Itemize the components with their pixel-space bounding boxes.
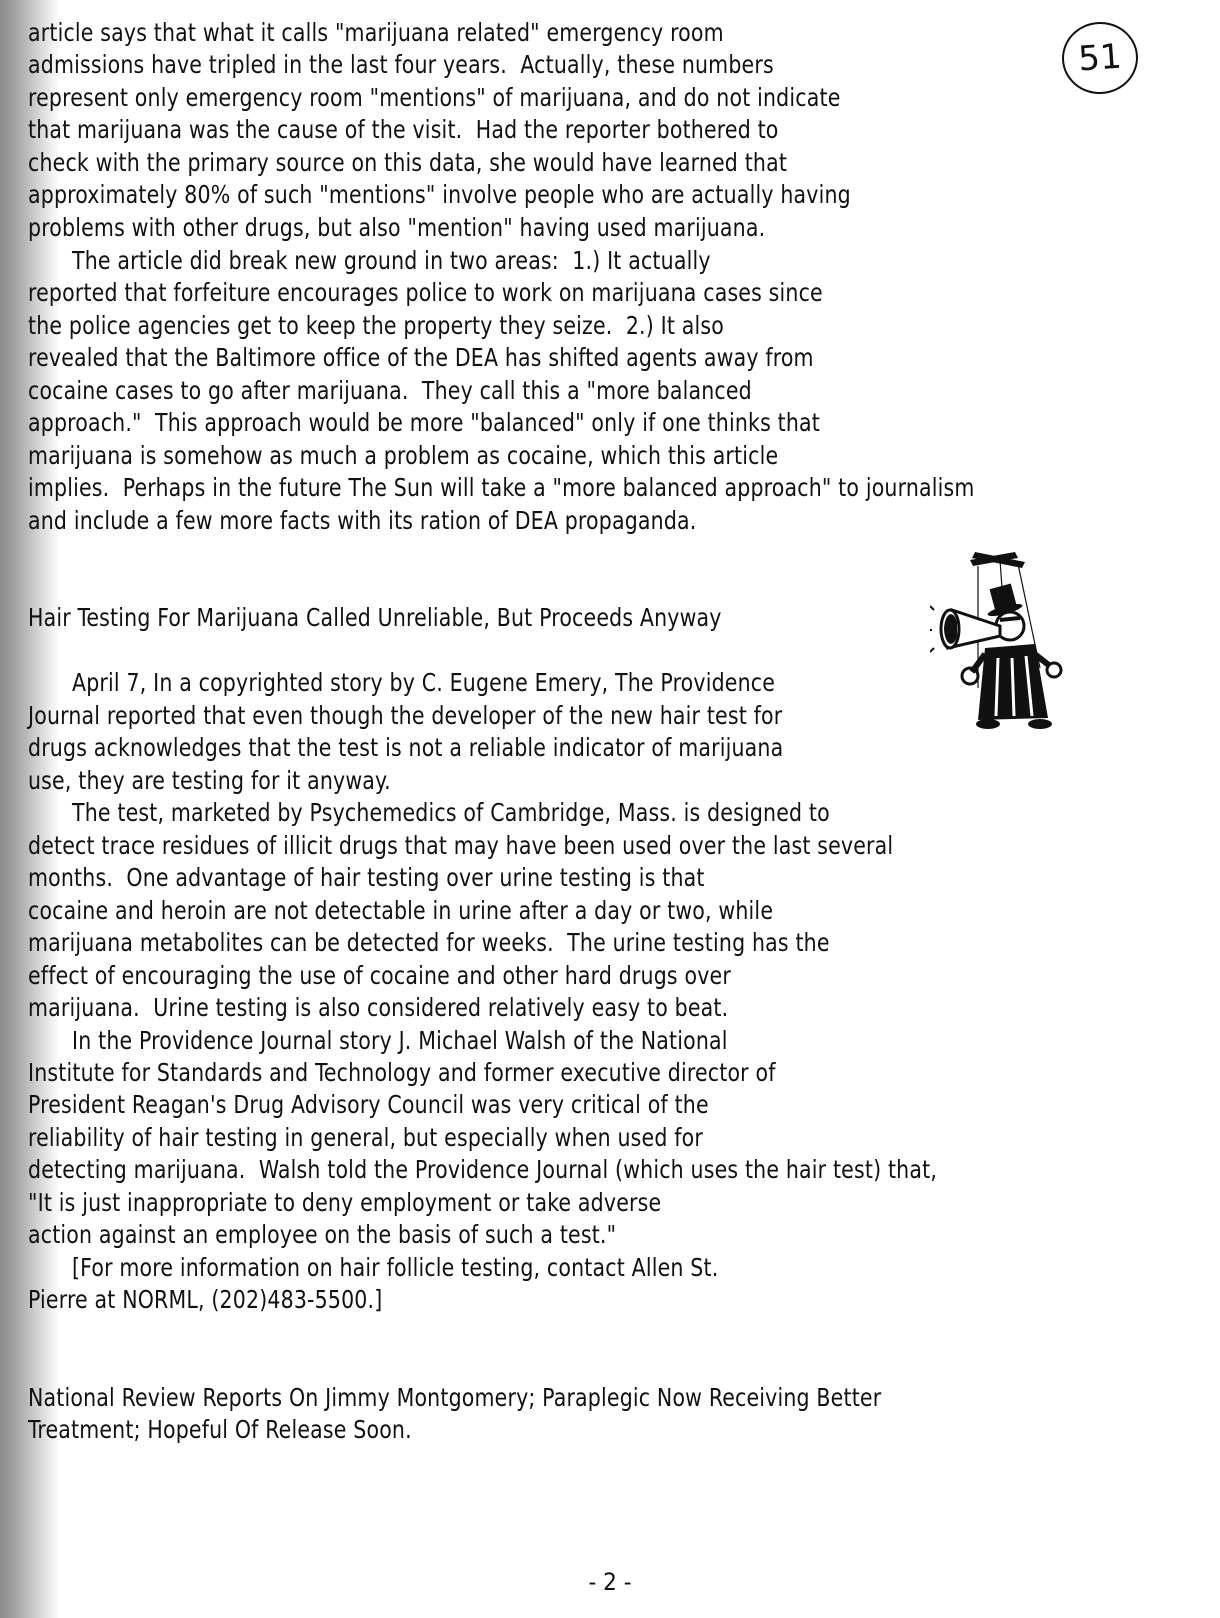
page-number: - 2 - (0, 1568, 1220, 1596)
text-line: problems with other drugs, but also "men… (28, 211, 765, 244)
text-line: admissions have tripled in the last four… (28, 48, 774, 81)
text-line: marijuana. Urine testing is also conside… (28, 991, 728, 1024)
text-line: The article did break new ground in two … (72, 244, 711, 277)
text-line: approximately 80% of such "mentions" inv… (28, 178, 851, 211)
document-page: 51 article says that what it calls "mari… (0, 0, 1220, 1618)
article-heading: National Review Reports On Jimmy Montgom… (28, 1381, 881, 1414)
text-line: drugs acknowledges that the test is not … (28, 731, 783, 764)
text-line: Pierre at NORML, (202)483-5500.] (28, 1283, 382, 1316)
text-line: that marijuana was the cause of the visi… (28, 113, 779, 146)
text-line: use, they are testing for it anyway. (28, 764, 391, 797)
text-line: approach." This approach would be more "… (28, 406, 820, 439)
text-line: effect of encouraging the use of cocaine… (28, 959, 731, 992)
text-line: detecting marijuana. Walsh told the Prov… (28, 1153, 937, 1186)
text-line: cocaine cases to go after marijuana. The… (28, 374, 752, 407)
text-line: President Reagan's Drug Advisory Council… (28, 1088, 709, 1121)
text-line: marijuana is somehow as much a problem a… (28, 439, 778, 472)
text-line: [For more information on hair follicle t… (72, 1251, 718, 1284)
text-line: detect trace residues of illicit drugs t… (28, 829, 893, 862)
text-line: reliability of hair testing in general, … (28, 1121, 703, 1154)
text-line: In the Providence Journal story J. Micha… (72, 1024, 728, 1057)
article-heading: Hair Testing For Marijuana Called Unreli… (28, 601, 722, 634)
text-line: implies. Perhaps in the future The Sun w… (28, 471, 975, 504)
article-heading: Treatment; Hopeful Of Release Soon. (28, 1413, 412, 1446)
text-line: months. One advantage of hair testing ov… (28, 861, 705, 894)
text-line: action against an employee on the basis … (28, 1218, 616, 1251)
puppet-megaphone-icon (930, 548, 1080, 733)
text-line: cocaine and heroin are not detectable in… (28, 894, 773, 927)
text-line: article says that what it calls "marijua… (28, 16, 724, 49)
text-line: Institute for Standards and Technology a… (28, 1056, 776, 1089)
text-line: "It is just inappropriate to deny employ… (28, 1186, 661, 1219)
handwritten-page-annotation: 51 (1060, 19, 1141, 96)
text-line: check with the primary source on this da… (28, 146, 787, 179)
text-line: the police agencies get to keep the prop… (28, 309, 724, 342)
text-line: April 7, In a copyrighted story by C. Eu… (72, 666, 775, 699)
text-line: The test, marketed by Psychemedics of Ca… (72, 796, 830, 829)
annotation-text: 51 (1077, 37, 1123, 80)
text-line: reported that forfeiture encourages poli… (28, 276, 823, 309)
text-line: marijuana metabolites can be detected fo… (28, 926, 830, 959)
text-line: and include a few more facts with its ra… (28, 504, 696, 537)
text-line: represent only emergency room "mentions"… (28, 81, 841, 114)
text-line: revealed that the Baltimore office of th… (28, 341, 814, 374)
text-line: Journal reported that even though the de… (28, 699, 782, 732)
